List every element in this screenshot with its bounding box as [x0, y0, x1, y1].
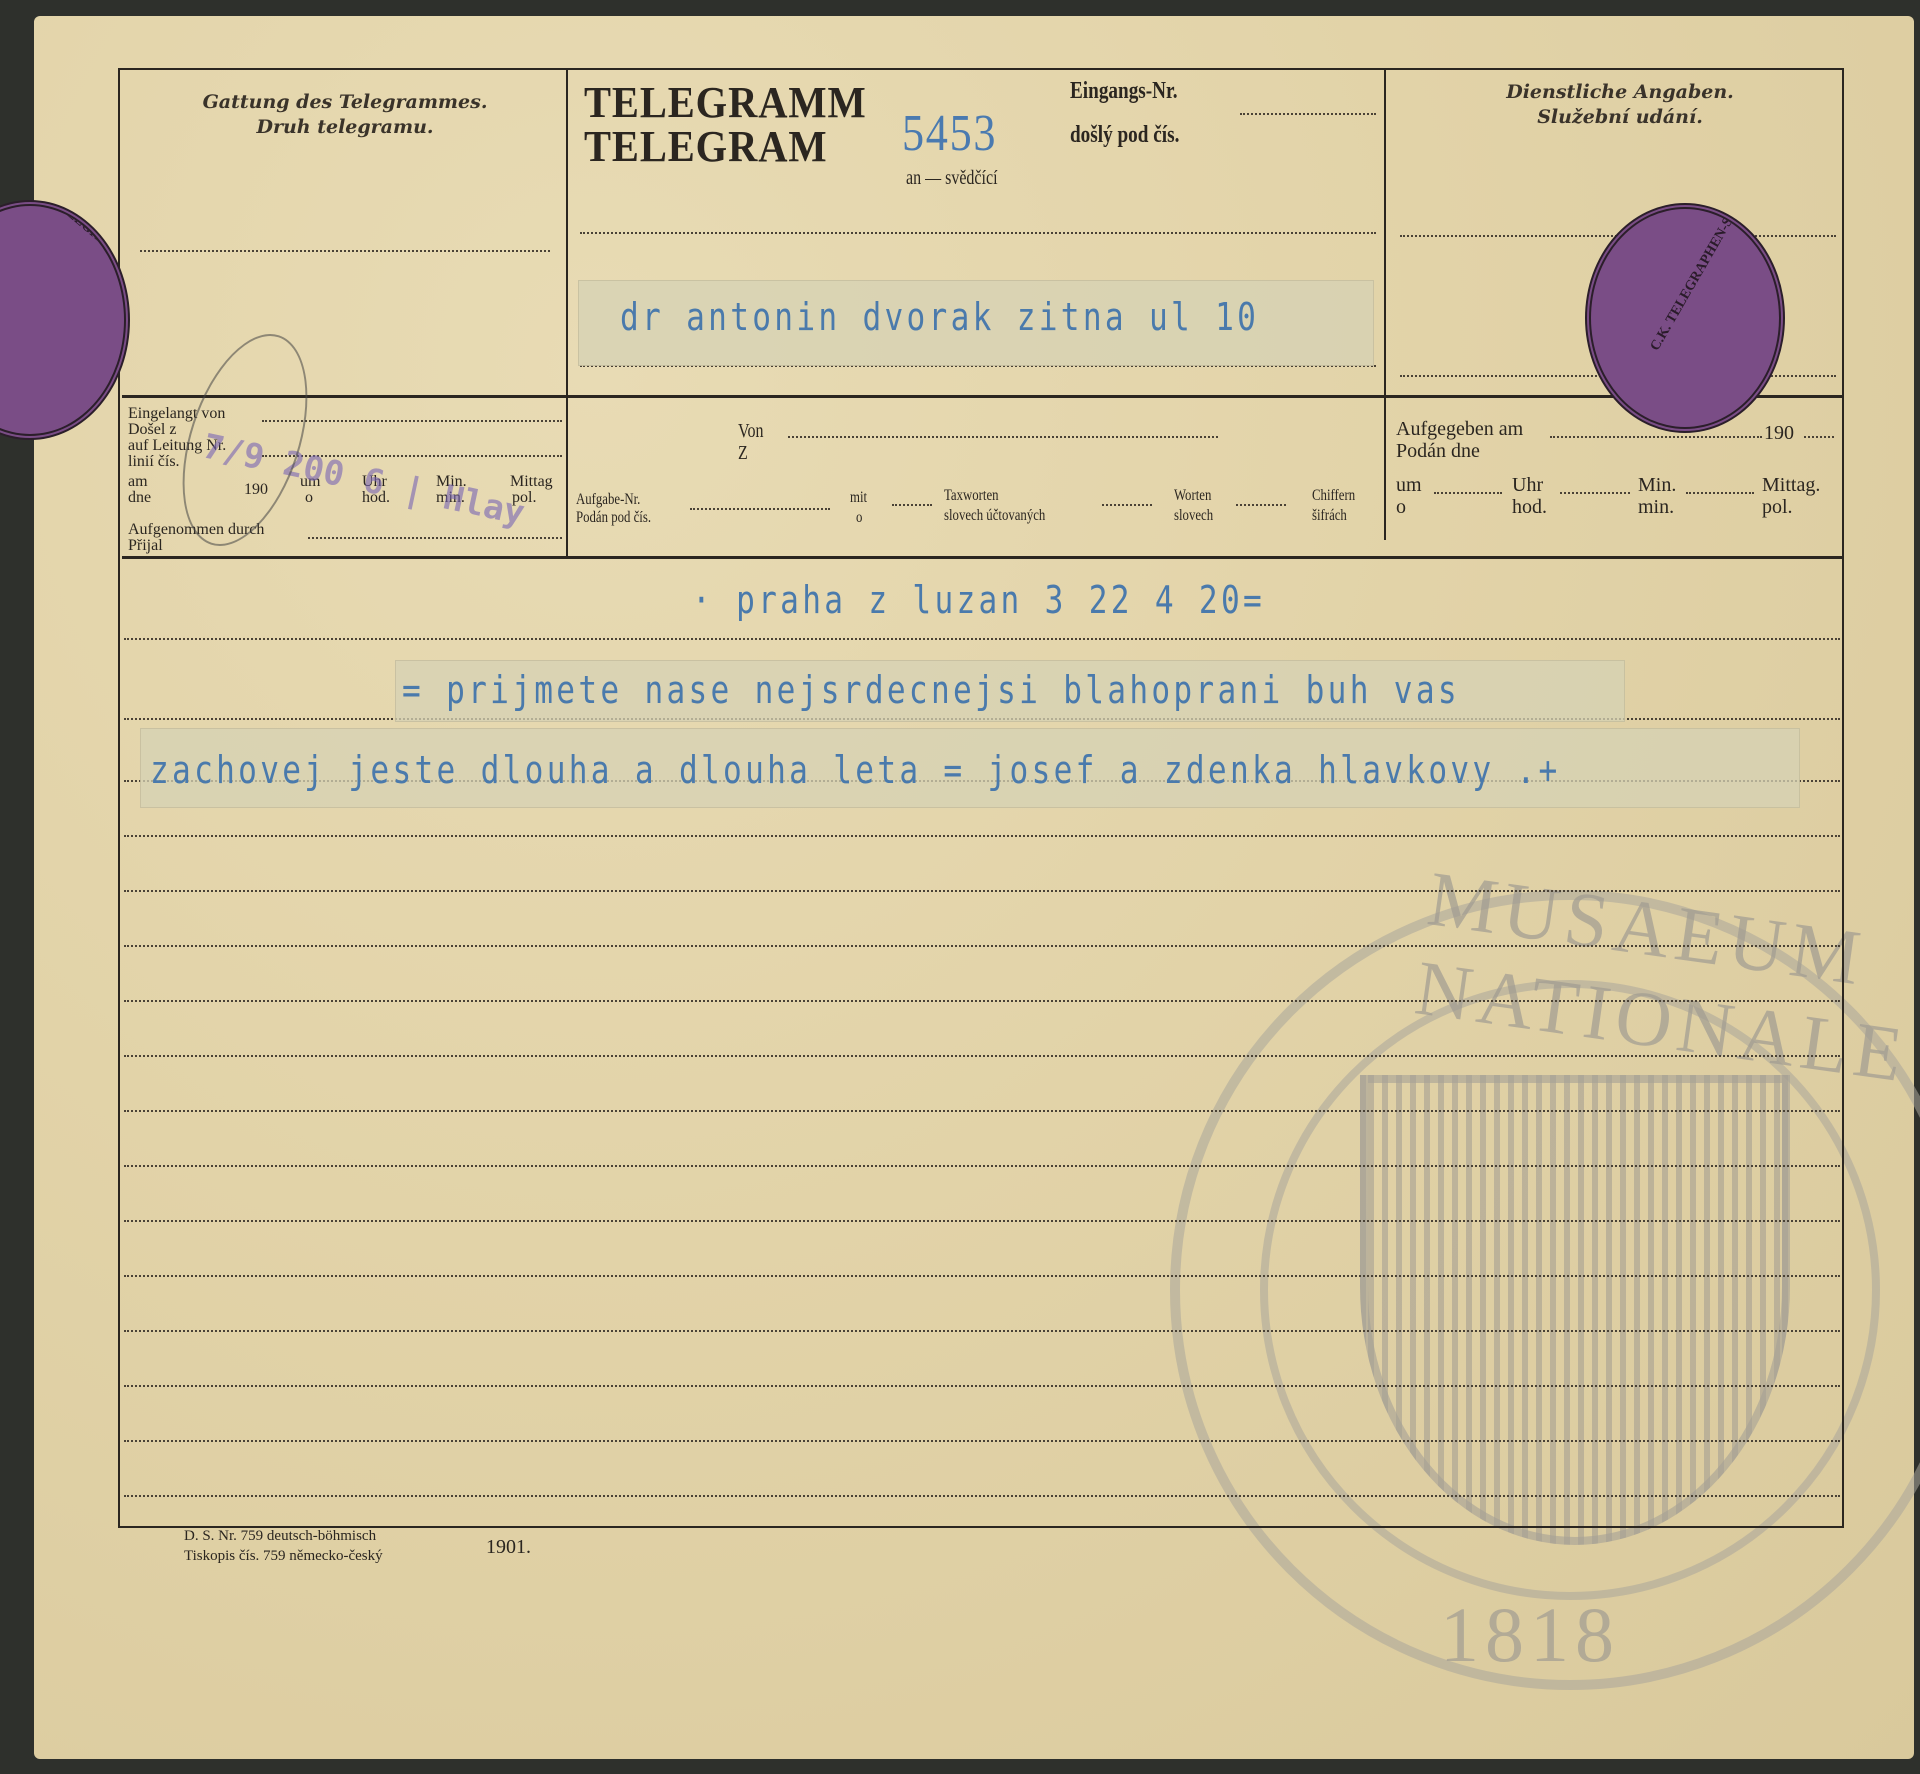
podan-pod-cis-label: Podán pod čís.: [576, 508, 651, 528]
taxworten-label: Taxworten: [944, 486, 999, 506]
submission-min-cs-label: min.: [1638, 496, 1674, 518]
divider-receipt-box: [566, 395, 568, 556]
divider-fields-top-center: [566, 395, 1384, 398]
worten-field[interactable]: [1236, 504, 1286, 506]
submission-mittag-label: Mittag.: [1762, 474, 1820, 496]
submission-uhr-field[interactable]: [1560, 492, 1630, 494]
mit-label: mit: [850, 488, 867, 508]
submission-hod-label: hod.: [1512, 496, 1547, 518]
eingelangt-field[interactable]: [262, 420, 562, 422]
sifrach-label: šifrách: [1312, 506, 1347, 526]
footer-line-cs: Tiskopis čís. 759 německo-český: [184, 1546, 383, 1566]
eingangs-dotted-line: [1240, 113, 1376, 115]
addressee-text: dr antonin dvorak zitna ul 10: [620, 295, 1259, 339]
footer-line-de: D. S. Nr. 759 deutsch-böhmisch: [184, 1526, 376, 1546]
submission-um-field[interactable]: [1434, 492, 1502, 494]
divider-fields-top: [122, 395, 566, 398]
aufgegeben-field[interactable]: [1550, 436, 1762, 438]
message-header-line: · praha z luzan 3 22 4 20=: [692, 578, 1265, 622]
von-field[interactable]: [788, 436, 1218, 438]
von-label: Von: [738, 420, 764, 442]
submission-min-field[interactable]: [1686, 492, 1754, 494]
slovech-uctovanych-label: slovech účtovaných: [944, 506, 1045, 526]
submission-year-190: 190: [1764, 422, 1794, 444]
an-svedcici-label: an — svědčící: [906, 167, 998, 189]
submission-year-field[interactable]: [1804, 436, 1834, 438]
divider-message-top: [122, 556, 1844, 559]
z-label: Z: [738, 442, 748, 464]
right-telegraph-seal-icon: C.K. TELEGRAPHEN-STATION *: [1585, 203, 1785, 433]
aufgabe-nr-field[interactable]: [690, 508, 830, 510]
o-label: o: [305, 488, 313, 508]
leitung-label-cs: linií čís.: [128, 452, 180, 472]
museum-seal-year: 1818: [1440, 1590, 1620, 1680]
message-line-2: zachovej jeste dlouha a dlouha leta = jo…: [150, 748, 1561, 792]
eingangs-nr-label: Eingangs-Nr.: [1070, 80, 1178, 102]
title-sluzebni-cs: Služební udání.: [1400, 105, 1840, 130]
dosly-pod-cis-label: došlý pod čís.: [1070, 124, 1179, 146]
left-header-dotted-line: [140, 250, 550, 252]
submission-min-label: Min.: [1638, 474, 1676, 496]
submission-um-label: um: [1396, 474, 1422, 496]
title-dienstliche-de: Dienstliche Angaben.: [1400, 80, 1840, 105]
title-druh-cs: Druh telegramu.: [140, 115, 550, 140]
telegramm-title-de: TELEGRAMM: [584, 82, 867, 124]
right-header-title: Dienstliche Angaben. Služební udání.: [1400, 80, 1840, 130]
slovech-label: slovech: [1174, 506, 1213, 526]
title-gattung-de: Gattung des Telegrammes.: [140, 90, 550, 115]
taxworten-field[interactable]: [1102, 504, 1152, 506]
aufgenommen-label-cs: Přijal: [128, 536, 163, 556]
mit-field[interactable]: [892, 504, 932, 506]
aufgegeben-label-de: Aufgegeben am: [1396, 418, 1523, 440]
telegram-title-cs: TELEGRAM: [584, 126, 828, 168]
dne-label: dne: [128, 488, 151, 508]
worten-label: Worten: [1174, 486, 1211, 506]
divider-right-header: [1384, 68, 1386, 540]
chiffern-label: Chiffern: [1312, 486, 1355, 506]
aufgenommen-field[interactable]: [308, 537, 562, 539]
footer-year: 1901.: [486, 1536, 531, 1558]
aufgegeben-label-cs: Podán dne: [1396, 440, 1480, 462]
submission-o-label: o: [1396, 496, 1406, 518]
center-dotted-line-1: [580, 232, 1376, 234]
aufgabe-nr-label: Aufgabe-Nr.: [576, 490, 640, 510]
submission-pol-label: pol.: [1762, 496, 1793, 518]
message-line-1: = prijmete nase nejsrdecnejsi blahoprani…: [402, 668, 1460, 712]
left-header-title: Gattung des Telegrammes. Druh telegramu.: [140, 90, 550, 140]
o-center-label: o: [856, 508, 862, 528]
submission-uhr-label: Uhr: [1512, 474, 1543, 496]
receipt-number: 5453: [902, 104, 997, 163]
